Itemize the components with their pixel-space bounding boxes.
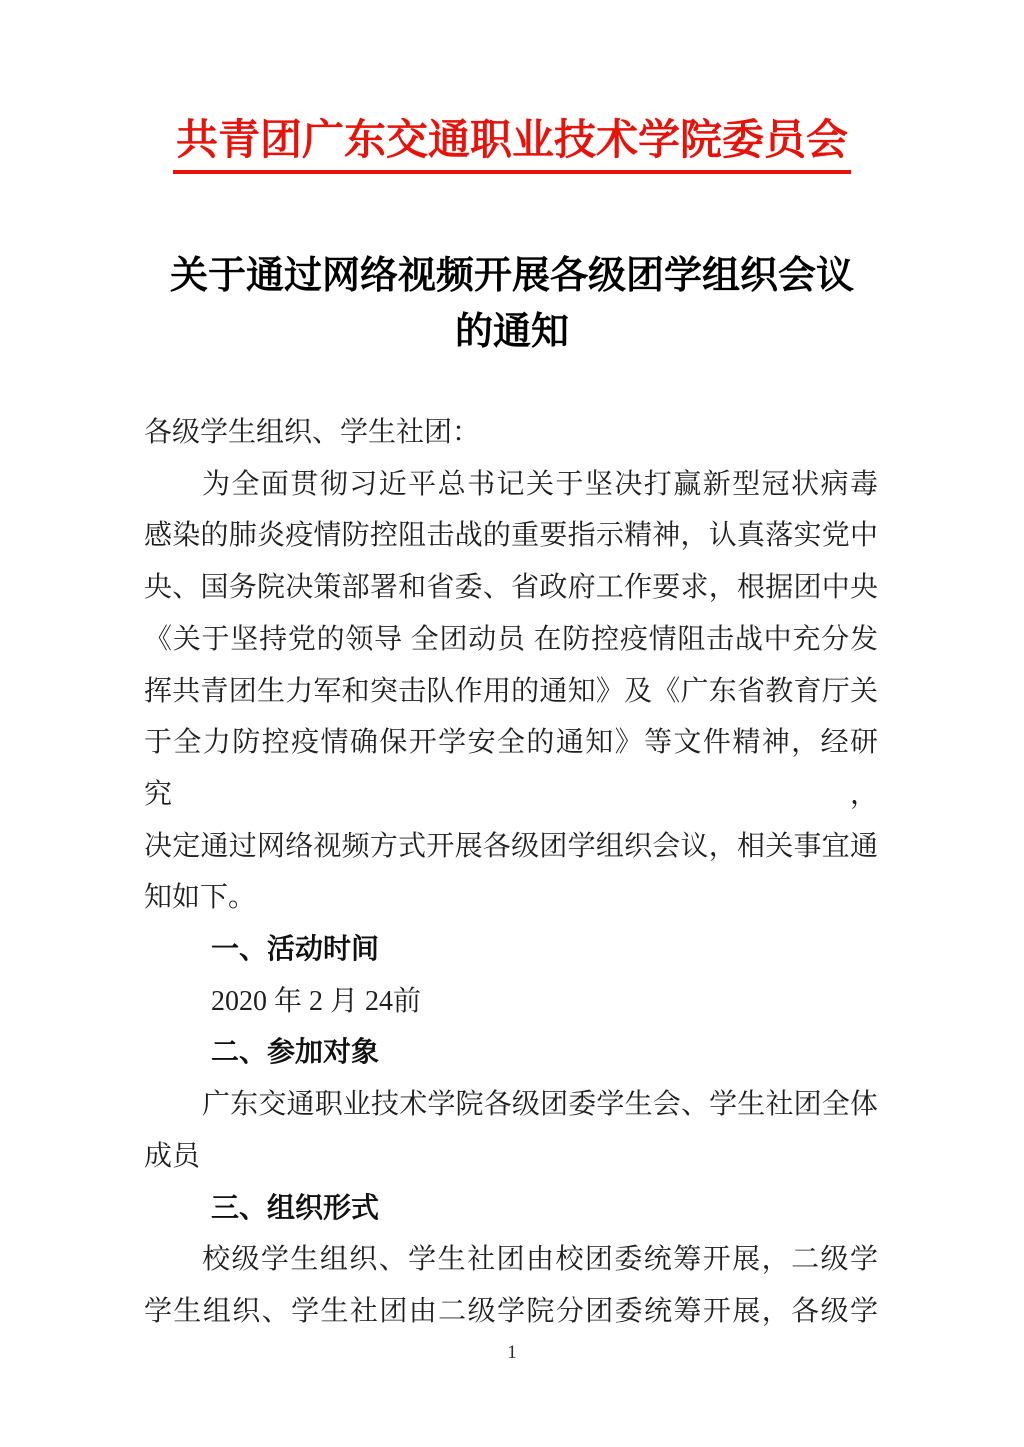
body-line: 广东交通职业技术学院各级团委学生会、学生社团全体 (144, 1079, 878, 1131)
body-line: 各级学生组织、学生社团： (144, 407, 878, 459)
body-line: 成员 (144, 1131, 878, 1183)
document-title-line2: 的通知 (0, 304, 1024, 360)
body-line: 学生组织、学生社团由二级学院分团委统筹开展，各级学 (144, 1286, 878, 1338)
body-line: 央、国务院决策部署和省委、省政府工作要求，根据团中央 (144, 562, 878, 614)
body-line: 为全面贯彻习近平总书记关于坚决打赢新型冠状病毒 (144, 459, 878, 511)
section-heading: 一、活动时间 (144, 924, 878, 976)
document-title: 关于通过网络视频开展各级团学组织会议 的通知 (0, 248, 1024, 360)
section-heading: 二、参加对象 (144, 1027, 878, 1079)
page-number: 1 (0, 1342, 1024, 1364)
body-line: 校级学生组织、学生社团由校团委统筹开展，二级学 (144, 1234, 878, 1286)
document-page: 共青团广东交通职业技术学院委员会 关于通过网络视频开展各级团学组织会议 的通知 … (0, 0, 1024, 1447)
letterhead-title: 共青团广东交通职业技术学院委员会 (173, 116, 851, 174)
body-line: 于全力防控疫情确保开学安全的通知》等文件精神，经研究， (144, 717, 878, 820)
body-line: 《关于坚持党的领导 全团动员 在防控疫情阻击战中充分发 (144, 614, 878, 666)
body-line: 感染的肺炎疫情防控阻击战的重要指示精神，认真落实党中 (144, 510, 878, 562)
body-lines: 各级学生组织、学生社团：为全面贯彻习近平总书记关于坚决打赢新型冠状病毒感染的肺炎… (144, 407, 878, 1338)
body-line: 知如下。 (144, 872, 878, 924)
body-line: 2020 年 2 月 24前 (144, 976, 878, 1028)
body-line: 挥共青团生力军和突击队作用的通知》及《广东省教育厅关 (144, 666, 878, 718)
section-heading: 三、组织形式 (144, 1183, 878, 1235)
body-line: 决定通过网络视频方式开展各级团学组织会议，相关事宜通 (144, 821, 878, 873)
document-title-line1: 关于通过网络视频开展各级团学组织会议 (0, 248, 1024, 304)
letterhead-wrap: 共青团广东交通职业技术学院委员会 (0, 0, 1024, 174)
